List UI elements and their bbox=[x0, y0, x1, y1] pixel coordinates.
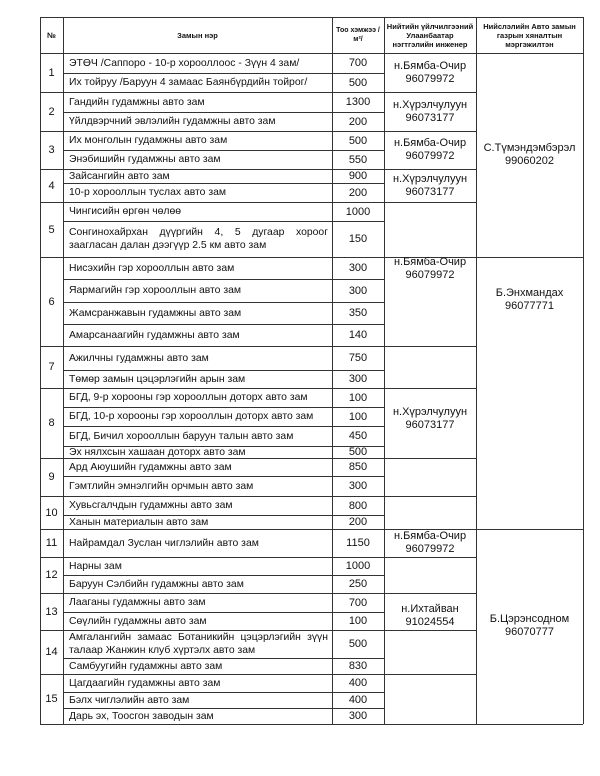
road-name: Ханын материалын авто зам bbox=[63, 515, 332, 529]
road-quantity: 150 bbox=[332, 221, 384, 257]
road-name-text: Яармагийн гэр хорооллын авто зам bbox=[69, 284, 241, 297]
group-number: 10 bbox=[40, 496, 63, 529]
road-quantity: 900 bbox=[332, 169, 384, 183]
grid-line bbox=[583, 17, 584, 724]
engineer-name: н.Хүрэлчулуун bbox=[393, 99, 467, 112]
road-quantity: 300 bbox=[332, 708, 384, 724]
road-name-text: Сөүлийн гудамжны авто зам bbox=[69, 615, 207, 628]
engineer-phone: 91024554 bbox=[406, 616, 455, 629]
road-name-text: Гэмтлийн эмнэлгийн орчмын авто зам bbox=[69, 480, 253, 493]
specialist-phone: 99060202 bbox=[505, 155, 554, 168]
engineer-phone: 96079972 bbox=[406, 73, 455, 86]
road-quantity: 100 bbox=[332, 388, 384, 407]
road-name-text: Баруун Сэлбийн гудамжны авто зам bbox=[69, 578, 244, 591]
road-quantity: 300 bbox=[332, 279, 384, 302]
group-number: 1 bbox=[40, 53, 63, 92]
road-name: Ард Аюушийн гудамжны авто зам bbox=[63, 458, 332, 476]
road-name: Гандийн гудамжны авто зам bbox=[63, 92, 332, 112]
road-name-text: Найрамдал Зуслан чиглэлийн авто зам bbox=[69, 537, 259, 550]
engineer-name: н.Хүрэлчулуун bbox=[393, 406, 467, 419]
road-name: Нарны зам bbox=[63, 557, 332, 575]
road-name-text: БГД, 10-р хорооны гэр хорооллын доторх а… bbox=[69, 410, 313, 423]
road-quantity: 350 bbox=[332, 302, 384, 324]
road-quantity: 500 bbox=[332, 73, 384, 92]
engineer: н.Бямба-Очир96079972 bbox=[384, 529, 476, 557]
road-quantity: 200 bbox=[332, 112, 384, 131]
road-name: Самбуугийн гудамжны авто зам bbox=[63, 658, 332, 674]
road-quantity: 830 bbox=[332, 658, 384, 674]
grid-line bbox=[476, 724, 583, 725]
specialist-name: С.Түмэндэмбэрэл bbox=[484, 142, 576, 155]
road-quantity: 500 bbox=[332, 630, 384, 658]
engineer-name: н.Бямба-Очир bbox=[394, 530, 466, 543]
header-specialist: Нийслэлийн Авто замын газрын хяналтын мэ… bbox=[478, 17, 581, 53]
road-name-text: Ханын материалын авто зам bbox=[69, 516, 208, 529]
road-name: Бэлх чиглэлийн авто зам bbox=[63, 692, 332, 708]
group-number: 14 bbox=[40, 630, 63, 674]
road-quantity: 750 bbox=[332, 346, 384, 370]
road-quantity: 450 bbox=[332, 426, 384, 446]
header-road-name: Замын нэр bbox=[63, 17, 332, 53]
road-name-text: Эх нялхсын хашаан доторх авто зам bbox=[69, 446, 246, 458]
road-name: Баруун Сэлбийн гудамжны авто зам bbox=[63, 575, 332, 593]
road-quantity: 500 bbox=[332, 446, 384, 458]
road-name-text: Амгалангийн замаас Ботаникийн цэцэрлэгий… bbox=[69, 631, 328, 657]
specialist-name: Б.Энхмандах bbox=[496, 287, 564, 300]
road-name: Ажилчны гудамжны авто зам bbox=[63, 346, 332, 370]
road-name: БГД, Бичил хорооллын баруун талын авто з… bbox=[63, 426, 332, 446]
road-name-text: Нарны зам bbox=[69, 560, 122, 573]
road-name-text: Самбуугийн гудамжны авто зам bbox=[69, 660, 222, 673]
engineer: н.Бямба-Очир96079972 bbox=[384, 131, 476, 169]
specialist: С.Түмэндэмбэрэл99060202 bbox=[476, 53, 583, 257]
road-name: Зайсангийн авто зам bbox=[63, 169, 332, 183]
engineer: н.Ихтайван91024554 bbox=[384, 557, 476, 674]
engineer-phone: 96073177 bbox=[406, 112, 455, 125]
engineer-name: н.Бямба-Очир bbox=[394, 60, 466, 73]
road-assignment-table: № Замын нэр Тоо хэмжээ /м²/ Нийтийн үйлч… bbox=[0, 0, 600, 776]
road-name-text: Дарь эх, Тоосгон заводын зам bbox=[69, 710, 214, 723]
engineer-phone: 96073177 bbox=[406, 419, 455, 432]
road-quantity: 700 bbox=[332, 593, 384, 612]
road-name-text: Гандийн гудамжны авто зам bbox=[69, 96, 205, 109]
engineer-name: н.Бямба-Очир bbox=[394, 137, 466, 150]
road-name: Их монголын гудамжны авто зам bbox=[63, 131, 332, 150]
road-quantity: 800 bbox=[332, 496, 384, 515]
road-name: Цагдаагийн гудамжны авто зам bbox=[63, 674, 332, 692]
road-quantity: 550 bbox=[332, 150, 384, 169]
engineer-name: н.Хүрэлчулуун bbox=[393, 173, 467, 186]
road-quantity: 250 bbox=[332, 575, 384, 593]
road-name: Дарь эх, Тоосгон заводын зам bbox=[63, 708, 332, 724]
road-name-text: Лааганы гудамжны авто зам bbox=[69, 596, 206, 609]
road-quantity: 400 bbox=[332, 692, 384, 708]
road-name: Хувьсгалчдын гудамжны авто зам bbox=[63, 496, 332, 515]
road-quantity: 300 bbox=[332, 476, 384, 496]
header-engineer: Нийтийн үйлчилгээний Улаанбаатар нэгтгэл… bbox=[386, 17, 474, 53]
engineer-phone: 96079972 bbox=[406, 543, 455, 556]
road-name-text: Цагдаагийн гудамжны авто зам bbox=[69, 677, 220, 690]
road-name: Амгалангийн замаас Ботаникийн цэцэрлэгий… bbox=[63, 630, 332, 658]
road-quantity: 700 bbox=[332, 53, 384, 73]
road-quantity: 300 bbox=[332, 370, 384, 388]
road-quantity: 500 bbox=[332, 131, 384, 150]
engineer-phone: 96073177 bbox=[406, 186, 455, 199]
engineer: н.Хүрэлчулуун96073177 bbox=[384, 169, 476, 202]
road-name: Нисэхийн гэр хорооллын авто зам bbox=[63, 257, 332, 279]
group-number: 8 bbox=[40, 388, 63, 458]
road-name: Амарсанаагийн гудамжны авто зам bbox=[63, 324, 332, 346]
grid-line bbox=[40, 17, 583, 18]
group-number: 3 bbox=[40, 131, 63, 169]
road-name: Үйлдвэрчний эвлэлийн гудамжны авто зам bbox=[63, 112, 332, 131]
group-number: 4 bbox=[40, 169, 63, 202]
road-quantity: 200 bbox=[332, 183, 384, 202]
road-quantity: 140 bbox=[332, 324, 384, 346]
road-name: Төмөр замын цэцэрлэгийн арын зам bbox=[63, 370, 332, 388]
road-quantity: 100 bbox=[332, 407, 384, 426]
road-quantity: 1300 bbox=[332, 92, 384, 112]
road-name-text: Их тойруу /Баруун 4 замаас Баянбүрдийн т… bbox=[69, 76, 307, 89]
group-number: 13 bbox=[40, 593, 63, 630]
road-name: 10-р хорооллын туслах авто зам bbox=[63, 183, 332, 202]
engineer: н.Хүрэлчулуун96073177 bbox=[384, 346, 476, 529]
header-number: № bbox=[40, 17, 63, 53]
road-quantity: 300 bbox=[332, 257, 384, 279]
road-name-text: 10-р хорооллын туслах авто зам bbox=[69, 186, 226, 199]
group-number: 12 bbox=[40, 557, 63, 593]
road-name: Лааганы гудамжны авто зам bbox=[63, 593, 332, 612]
group-number: 6 bbox=[40, 257, 63, 346]
road-name: Сөүлийн гудамжны авто зам bbox=[63, 612, 332, 630]
engineer bbox=[384, 674, 476, 724]
road-name-text: Үйлдвэрчний эвлэлийн гудамжны авто зам bbox=[69, 115, 275, 128]
group-number: 15 bbox=[40, 674, 63, 724]
group-number: 11 bbox=[40, 529, 63, 557]
road-name: Сонгинохайрхан дүүргийн 4, 5 дугаар хоро… bbox=[63, 221, 332, 257]
group-number: 5 bbox=[40, 202, 63, 257]
road-quantity: 1000 bbox=[332, 557, 384, 575]
road-quantity: 850 bbox=[332, 458, 384, 476]
road-name: Их тойруу /Баруун 4 замаас Баянбүрдийн т… bbox=[63, 73, 332, 92]
road-quantity: 1150 bbox=[332, 529, 384, 557]
road-name-text: Ажилчны гудамжны авто зам bbox=[69, 352, 209, 365]
road-name-text: Зайсангийн авто зам bbox=[69, 170, 170, 183]
road-name-text: ЭТӨЧ /Саппоро - 10-р хорооллоос - Зүүн 4… bbox=[69, 57, 299, 70]
road-name: БГД, 10-р хорооны гэр хорооллын доторх а… bbox=[63, 407, 332, 426]
grid-line bbox=[384, 724, 476, 725]
road-name-text: Их монголын гудамжны авто зам bbox=[69, 134, 227, 147]
road-name-text: Хувьсгалчдын гудамжны авто зам bbox=[69, 499, 233, 512]
road-name: Яармагийн гэр хорооллын авто зам bbox=[63, 279, 332, 302]
engineer-phone: 96079972 bbox=[406, 269, 455, 282]
road-name: БГД, 9-р хорооны гэр хорооллын доторх ав… bbox=[63, 388, 332, 407]
road-name-text: Бэлх чиглэлийн авто зам bbox=[69, 694, 189, 707]
engineer: н.Бямба-Очир96079972 bbox=[384, 53, 476, 92]
engineer: н.Хүрэлчулуун96073177 bbox=[384, 92, 476, 131]
road-name-text: Жамсранжавын гудамжны авто зам bbox=[69, 307, 241, 320]
road-name: Гэмтлийн эмнэлгийн орчмын авто зам bbox=[63, 476, 332, 496]
engineer-name: н.Бямба-Очир bbox=[394, 256, 466, 269]
road-quantity: 1000 bbox=[332, 202, 384, 221]
road-quantity: 100 bbox=[332, 612, 384, 630]
road-name-text: Энэбишийн гудамжны авто зам bbox=[69, 153, 221, 166]
road-name-text: Ард Аюушийн гудамжны авто зам bbox=[69, 461, 232, 474]
group-number: 7 bbox=[40, 346, 63, 388]
specialist: Б.Цэрэнсодном96070777 bbox=[476, 529, 583, 724]
group-number: 9 bbox=[40, 458, 63, 496]
road-name-text: Чингисийн өргөн чөлөө bbox=[69, 205, 181, 218]
road-name-text: БГД, Бичил хорооллын баруун талын авто з… bbox=[69, 430, 293, 443]
specialist-phone: 96077771 bbox=[505, 300, 554, 313]
road-name: Найрамдал Зуслан чиглэлийн авто зам bbox=[63, 529, 332, 557]
road-name-text: Төмөр замын цэцэрлэгийн арын зам bbox=[69, 373, 245, 386]
engineer-phone: 96079972 bbox=[406, 150, 455, 163]
road-name: Жамсранжавын гудамжны авто зам bbox=[63, 302, 332, 324]
road-name-text: Нисэхийн гэр хорооллын авто зам bbox=[69, 262, 234, 275]
specialist-name: Б.Цэрэнсодном bbox=[490, 613, 570, 626]
road-name: ЭТӨЧ /Саппоро - 10-р хорооллоос - Зүүн 4… bbox=[63, 53, 332, 73]
road-name-text: Амарсанаагийн гудамжны авто зам bbox=[69, 329, 240, 342]
road-name-text: БГД, 9-р хорооны гэр хорооллын доторх ав… bbox=[69, 391, 308, 404]
road-quantity: 200 bbox=[332, 515, 384, 529]
road-name: Эх нялхсын хашаан доторх авто зам bbox=[63, 446, 332, 458]
engineer-name: н.Ихтайван bbox=[401, 603, 459, 616]
road-name: Энэбишийн гудамжны авто зам bbox=[63, 150, 332, 169]
header-quantity: Тоо хэмжээ /м²/ bbox=[334, 17, 382, 53]
road-quantity: 400 bbox=[332, 674, 384, 692]
road-name-text: Сонгинохайрхан дүүргийн 4, 5 дугаар хоро… bbox=[69, 226, 328, 252]
road-name: Чингисийн өргөн чөлөө bbox=[63, 202, 332, 221]
engineer: н.Бямба-Очир96079972 bbox=[384, 202, 476, 346]
specialist: Б.Энхмандах96077771 bbox=[476, 257, 583, 529]
specialist-phone: 96070777 bbox=[505, 626, 554, 639]
group-number: 2 bbox=[40, 92, 63, 131]
